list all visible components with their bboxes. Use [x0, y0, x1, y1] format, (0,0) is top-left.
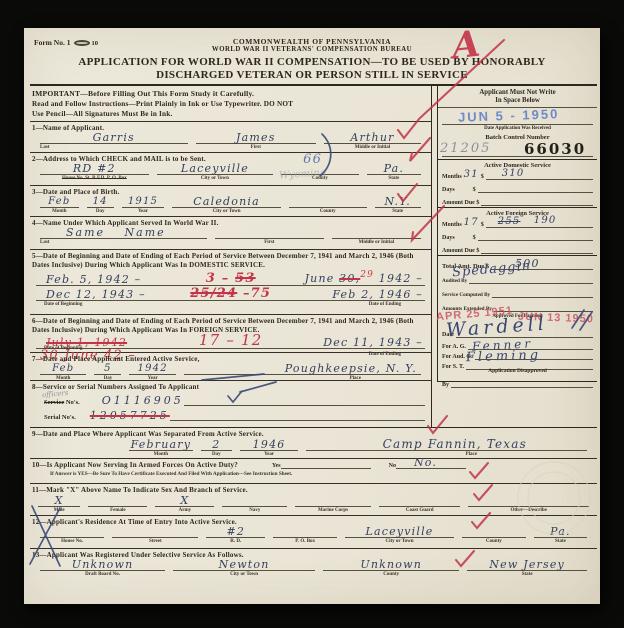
important-box: IMPORTANT—Before Filling Out This Form S… [30, 86, 431, 122]
domestic-r1-end-pre: June [305, 272, 340, 285]
birth-state: N.Y. [384, 196, 411, 207]
sublabel-sep-day: Day [201, 452, 232, 457]
sublabel-served-first: First [215, 240, 324, 245]
name-first-value: James [236, 132, 276, 143]
sublabel-foreign-beginning: Date of Beginning [44, 346, 82, 351]
for-st-signature: Fleming [466, 348, 542, 366]
domestic-r2-begin: Dec 12, 1943 – [46, 289, 182, 300]
form-title-line2: DISCHARGED VETERAN OR PERSON STILL IN SE… [24, 69, 600, 81]
section-3-birth: 3—Date and Place of Birth. FebMonth 14Da… [30, 186, 431, 217]
form-paper: Form No. 110 COMMONWEALTH OF PENNSYLVANI… [24, 28, 600, 604]
foreign-months-label: Months [442, 222, 462, 228]
service-nos-label: No's. [64, 399, 80, 406]
no-label: No [389, 463, 396, 469]
yes-label: Yes [272, 463, 281, 469]
sublabel-served-middle: Middle or Initial [332, 240, 421, 245]
sublabel-state: State [367, 176, 421, 181]
address-house-value: RD #2 [73, 163, 116, 174]
entered-day: 5 [104, 364, 112, 374]
domestic-r1-red-crossed: 53 [235, 271, 256, 286]
separated-place: Camp Fannin, Texas [383, 438, 527, 450]
section-2-address: 2—Address to Which CHECK and MAIL is to … [30, 153, 431, 186]
section-5-domestic-service: 5—Date of Beginning and Date of Ending o… [30, 250, 431, 315]
date-received-stamp: JUN 5 - 1950 [458, 106, 560, 125]
disapproved-by-label: By [442, 382, 449, 388]
address-state-value: Pa. [384, 163, 405, 174]
sublabel-female: Female [88, 508, 147, 513]
section-10-active-duty: 10—Is Applicant Now Serving In Armed For… [30, 459, 597, 484]
section-10-label: 10—Is Applicant Now Serving In Armed For… [32, 461, 238, 469]
sublabel-sel-city: City or Town [173, 572, 315, 577]
sublabel-house: House No. St. R.F.D. P. O. Box [40, 176, 149, 181]
sublabel-sep-month: Month [129, 452, 193, 457]
sublabel-res-pobox: P. O. Box [273, 539, 337, 544]
separated-month: February [131, 439, 192, 450]
selective-county-value: Unknown [360, 559, 422, 570]
selective-state-value: New Jersey [489, 559, 565, 570]
domestic-r1-end-correction: 29 [360, 270, 374, 280]
sublabel-birth-county: County [289, 209, 367, 214]
panel-header-line1: Applicant Must Not Write [438, 89, 597, 96]
sublabel-city: City or Town [157, 176, 273, 181]
sublabel-month: Month [40, 209, 79, 214]
sublabel-res-city: City or Town [345, 539, 454, 544]
main-column: IMPORTANT—Before Filling Out This Form S… [30, 86, 432, 427]
domestic-amount-value: 310 [502, 169, 525, 179]
residence-rd: #2 [226, 526, 245, 537]
section-10-note: If Answer is YES—Be Sure To Have Certifi… [30, 471, 597, 477]
commonwealth-line: COMMONWEALTH OF PENNSYLVANIA [24, 37, 600, 46]
section-13-selective-service: 13—Applicant Was Registered Under Select… [30, 549, 597, 582]
sublabel-sep-year: Year [240, 452, 299, 457]
sublabel-birth-city: City or Town [172, 209, 281, 214]
domestic-r1-red: 3 – [206, 271, 235, 286]
domestic-months-label: Months [442, 174, 462, 180]
birth-year: 1915 [128, 197, 158, 207]
mark-male: X [55, 495, 64, 506]
residence-city: Laceyville [365, 526, 433, 537]
panel-header-line2: In Space Below [438, 97, 597, 104]
important-line1: IMPORTANT—Before Filling Out This Form S… [30, 86, 431, 98]
birth-month: Feb [48, 197, 70, 207]
important-line3: Use Pencil—All Signatures Must Be in Ink… [30, 108, 431, 118]
separated-day: 2 [212, 439, 220, 450]
date-received-label: Date Application Was Received [438, 126, 597, 131]
sublabel-draft-board: Draft Board No. [40, 572, 165, 577]
foreign-months-value: 17 [464, 218, 479, 228]
sublabel-coast-guard: Coast Guard [379, 508, 460, 513]
domestic-amount-due-label: Amount Due $ [442, 200, 479, 206]
application-disapproved-label: Application Disapproved [438, 368, 597, 374]
lower-sections: 9—Date and Place Where Applicant Was Sep… [30, 427, 597, 582]
domestic-r1-end-post: 1942 – [374, 272, 423, 285]
foreign-days-label: Days [442, 235, 455, 241]
service-number-value: O1116905 [102, 395, 184, 406]
sublabel-res-house: House No. [40, 539, 104, 544]
sublabel-year: Year [122, 209, 165, 214]
sublabel-served-last: Last [40, 240, 207, 245]
entered-month: Feb [52, 364, 74, 374]
section-5-label: 5—Date of Beginning and Date of Ending o… [30, 250, 431, 270]
sublabel-male: Male [38, 508, 80, 513]
name-last-value: Garris [93, 132, 135, 143]
domestic-r1-end-crossed: 30, [339, 272, 360, 285]
domestic-r2-red-crossed: 25/24 [190, 286, 237, 301]
sublabel-sep-place: Place [306, 452, 587, 457]
mark-army: X [180, 495, 189, 506]
batch-number-written: 21205 [440, 141, 491, 156]
active-duty-answer: No. [414, 457, 437, 468]
sublabel-first: First [196, 145, 316, 150]
office-use-panel: Applicant Must Not Write In Space Below … [437, 86, 597, 382]
form-title-line1: APPLICATION FOR WORLD WAR II COMPENSATIO… [24, 56, 600, 68]
sublabel-last: Last [40, 145, 188, 150]
entered-place: Poughkeepsie, N. Y. [285, 363, 417, 374]
sublabel-birth-state: State [375, 209, 421, 214]
foreign-amount-due-label: Amount Due $ [442, 248, 479, 254]
sublabel-res-state: State [534, 539, 587, 544]
section-11-label: 11—Mark "X" Above Name To Indicate Sex A… [30, 484, 597, 494]
section-9-separated: 9—Date and Place Where Applicant Was Sep… [30, 428, 597, 459]
dollar-sign: $ [473, 187, 476, 193]
section-8-serial-numbers: 8—Service or Serial Numbers Assigned To … [30, 381, 431, 427]
computed-by-label: Service Computed By [442, 292, 490, 298]
residence-state: Pa. [550, 526, 571, 537]
important-line2: Read and Follow Instructions—Print Plain… [30, 98, 431, 108]
sublabel-date-ending: Date of Ending [369, 302, 401, 307]
sublabel-res-county: County [462, 539, 526, 544]
section-12-residence: 12—Applicant's Residence At Time of Entr… [30, 516, 597, 549]
foreign-amount-crossed: 255 [498, 217, 521, 227]
section-7-entered-service: 7—Date and Place Applicant Entered Activ… [30, 353, 431, 381]
foreign-red-note: 17 – 12 [174, 333, 287, 348]
sublabel-army: Army [155, 508, 214, 513]
birth-city: Caledonia [193, 196, 260, 207]
section-11-sex-branch: 11—Mark "X" Above Name To Indicate Sex A… [30, 484, 597, 516]
address-city-value: Laceyville [181, 163, 249, 174]
sublabel-sel-county: County [323, 572, 459, 577]
section-1-name: 1—Name of Applicant. Garris Last James F… [30, 122, 431, 153]
sublabel-marine-corps: Marine Corps [295, 508, 371, 513]
entered-year: 1942 [138, 364, 168, 374]
served-name-value: Same Name [66, 227, 166, 238]
sublabel-other: Other—Describe [468, 508, 589, 513]
address-county-number: 66 [303, 153, 322, 166]
draft-board-value: Unknown [72, 559, 134, 570]
domestic-r2-red: –75 [237, 286, 271, 301]
domestic-r2-end: Feb 2, 1946 – [280, 289, 423, 300]
dollar-sign: $ [481, 222, 484, 228]
section-6-foreign-service: 6—Date of Beginning and Date of Ending o… [30, 315, 431, 353]
sublabel-date-beginning: Date of Beginning [44, 302, 82, 307]
sublabel-sel-state: State [467, 572, 587, 577]
sublabel-day: Day [87, 209, 114, 214]
domestic-months-value: 31 [464, 170, 479, 180]
service-nos-label-crossed: Service [44, 399, 64, 406]
sublabel-navy: Navy [222, 508, 287, 513]
red-grade-mark: A [450, 23, 482, 68]
selective-city-value: Newton [219, 559, 270, 570]
section-8-label: 8—Service or Serial Numbers Assigned To … [30, 381, 431, 391]
section-4-served-name: 4—Name Under Which Applicant Served In W… [30, 217, 431, 250]
serial-number-value: 12057725 [90, 410, 170, 421]
sublabel-res-rd: R. D. [206, 539, 265, 544]
bureau-line: WORLD WAR II VETERANS' COMPENSATION BURE… [24, 46, 600, 53]
name-middle-value: Arthur [350, 132, 394, 143]
foreign-amount-value: 190 [534, 216, 557, 226]
sublabel-middle: Middle or Initial [324, 145, 421, 150]
birth-day: 14 [93, 197, 108, 207]
dollar-sign: $ [473, 235, 476, 241]
domestic-days-label: Days [442, 187, 455, 193]
separated-year: 1946 [253, 439, 286, 450]
section-12-label: 12—Applicant's Residence At Time of Entr… [30, 516, 597, 526]
domestic-r1-begin: Feb. 5, 1942 – [46, 274, 182, 285]
scanned-photo-background: Form No. 110 COMMONWEALTH OF PENNSYLVANI… [0, 0, 624, 628]
serial-nos-label: Serial No's. [44, 414, 76, 421]
foreign-end: Dec 11, 1943 – [287, 337, 423, 348]
dollar-sign: $ [481, 174, 484, 180]
sublabel-res-street: Street [112, 539, 198, 544]
